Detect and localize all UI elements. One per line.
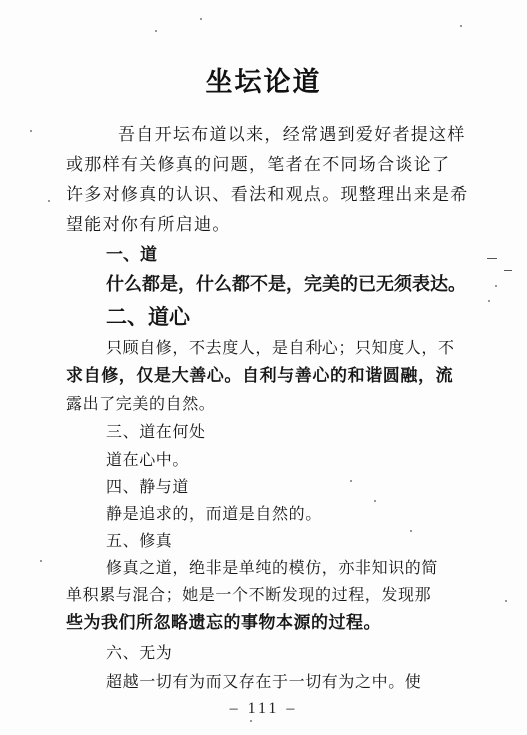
scan-speck bbox=[488, 300, 490, 302]
section-2-line-1: 只顾自修，不去度人，是自利心；只知度人，不 bbox=[106, 338, 455, 358]
paragraph-intro-line-4: 望能对你有所启迪。 bbox=[66, 215, 231, 235]
section-5-line-1: 修真之道，绝非是单纯的模仿，亦非知识的简 bbox=[106, 558, 438, 578]
scan-speck bbox=[374, 500, 376, 502]
scan-speck bbox=[40, 560, 42, 562]
book-page: 坐坛论道 吾自开坛布道以来，经常遇到爱好者提这样 或那样有关修真的问题，笔者在不… bbox=[0, 0, 527, 735]
section-heading-4: 四、静与道 bbox=[106, 477, 189, 497]
scan-mark bbox=[487, 258, 497, 259]
section-5-line-2: 单积累与混合；她是一个不断发现的过程，发现那 bbox=[66, 585, 431, 605]
section-6-text: 超越一切有为而又存在于一切有为之中。使 bbox=[106, 672, 421, 692]
scan-speck bbox=[30, 130, 32, 132]
paragraph-intro-line-3: 许多对修真的认识、看法和观点。现整理出来是希 bbox=[66, 185, 469, 205]
paragraph-intro-line-2: 或那样有关修真的问题，笔者在不同场合谈论了 bbox=[66, 155, 450, 175]
scan-speck bbox=[495, 285, 497, 287]
scan-speck bbox=[350, 480, 352, 482]
section-heading-2: 二、道心 bbox=[106, 305, 190, 329]
page-title: 坐坛论道 bbox=[0, 60, 527, 99]
scan-speck bbox=[460, 25, 462, 27]
section-3-text: 道在心中。 bbox=[106, 450, 189, 470]
section-2-line-2: 求自修，仅是大善心。自利与善心的和谐圆融，流 bbox=[66, 366, 453, 386]
section-heading-1: 一、道 bbox=[106, 245, 157, 265]
section-heading-6: 六、无为 bbox=[106, 643, 172, 663]
scan-mark bbox=[504, 270, 512, 271]
section-heading-3: 三、道在何处 bbox=[106, 422, 206, 442]
section-heading-5: 五、修真 bbox=[106, 531, 172, 551]
scan-speck bbox=[48, 200, 50, 202]
page-number: – 111 – bbox=[0, 700, 527, 718]
section-5-line-3: 些为我们所忽略遗忘的事物本源的过程。 bbox=[66, 613, 381, 633]
section-1-text: 什么都是，什么都不是，完美的已无须表达。 bbox=[106, 275, 466, 295]
paragraph-intro-line-1: 吾自开坛布道以来，经常遇到爱好者提这样 bbox=[118, 125, 466, 145]
scan-speck bbox=[410, 530, 412, 532]
scan-speck bbox=[200, 18, 202, 20]
scan-speck bbox=[320, 345, 322, 347]
scan-speck bbox=[505, 600, 507, 602]
section-4-text: 静是追求的，而道是自然的。 bbox=[106, 504, 322, 524]
section-2-line-3: 露出了完美的自然。 bbox=[66, 394, 215, 414]
scan-speck bbox=[155, 30, 157, 32]
scan-speck bbox=[250, 720, 252, 722]
